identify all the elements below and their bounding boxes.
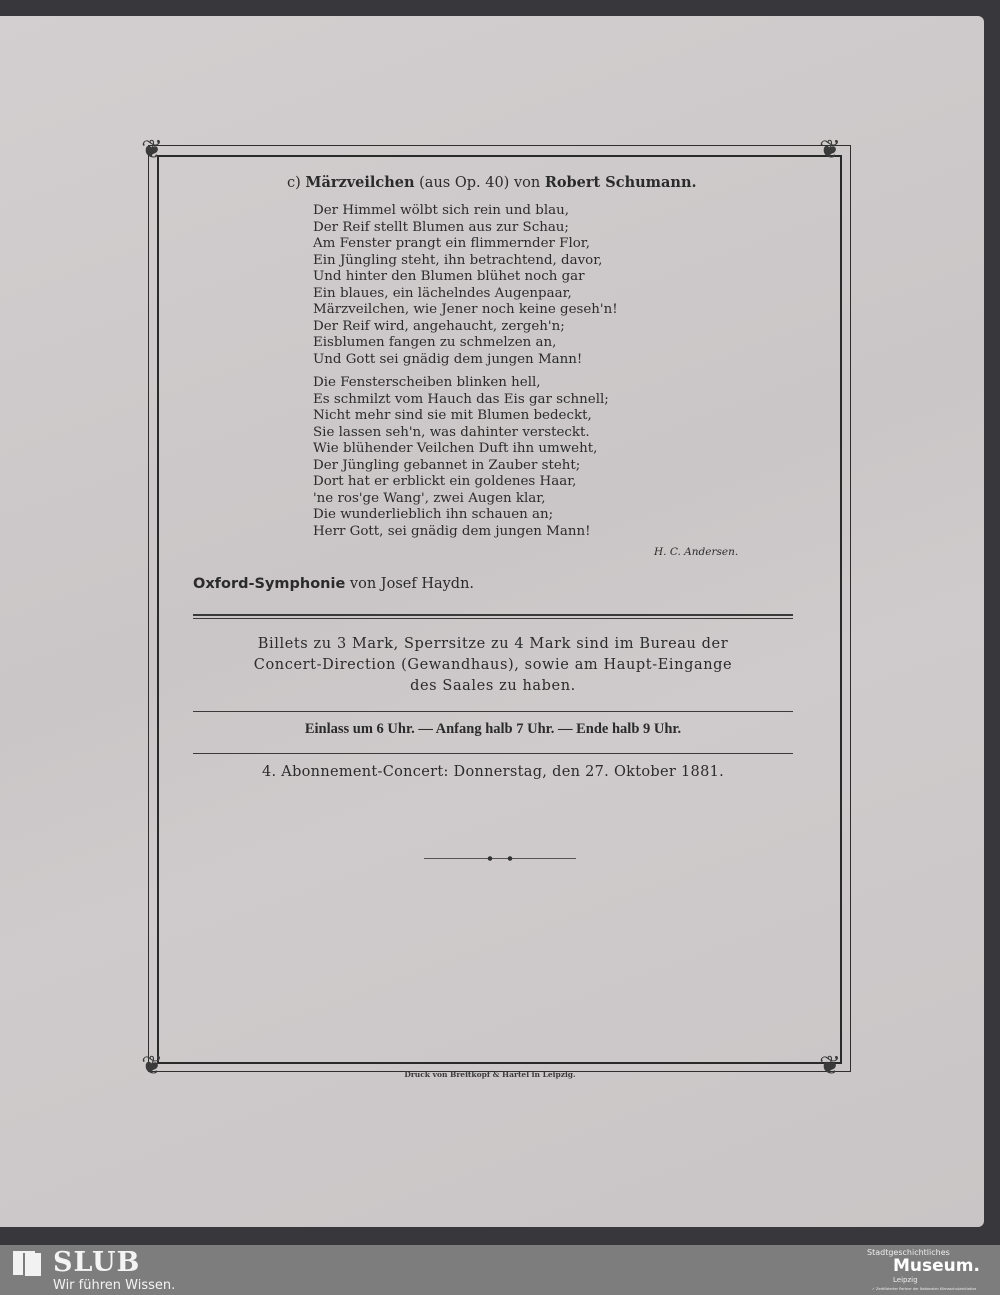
ornament-corner-icon: ❦ bbox=[814, 1050, 846, 1082]
poem-line: Nicht mehr sind sie mit Blumen bedeckt, bbox=[313, 408, 609, 425]
tickets-line: Concert-Direction (Gewandhaus), sowie am… bbox=[193, 655, 793, 676]
symphony-line: Oxford-Symphonie von Josef Haydn. bbox=[193, 576, 474, 592]
document-page: ❦ ❦ ❦ ❦ bbox=[0, 16, 984, 1227]
next-concert: 4. Abonnement-Concert: Donnerstag, den 2… bbox=[193, 764, 793, 780]
poem-line: Der Reif wird, angehaucht, zergeh'n; bbox=[313, 319, 618, 336]
tickets-line: Billets zu 3 Mark, Sperrsitze zu 4 Mark … bbox=[193, 634, 793, 655]
slub-brand[interactable]: SLUB bbox=[53, 1247, 140, 1278]
poem-stanza-1: Der Himmel wölbt sich rein und blau, Der… bbox=[313, 203, 618, 368]
tickets-info: Billets zu 3 Mark, Sperrsitze zu 4 Mark … bbox=[193, 634, 793, 697]
museum-city: Leipzig bbox=[893, 1276, 918, 1284]
poem-line: Der Reif stellt Blumen aus zur Schau; bbox=[313, 220, 618, 237]
ornament-corner-icon: ❦ bbox=[136, 1050, 168, 1082]
poem-line: Ein Jüngling steht, ihn betrachtend, dav… bbox=[313, 253, 618, 270]
symphony-title: Oxford-Symphonie bbox=[193, 576, 345, 592]
museum-brand[interactable]: Museum. bbox=[893, 1256, 980, 1276]
divider bbox=[193, 753, 793, 754]
poem-line: Wie blühender Veilchen Duft ihn umweht, bbox=[313, 441, 609, 458]
poem-line: Ein blaues, ein lächelndes Augenpaar, bbox=[313, 286, 618, 303]
poem-line: Die wunderlieblich ihn schauen an; bbox=[313, 507, 609, 524]
poem-line: Es schmilzt vom Hauch das Eis gar schnel… bbox=[313, 392, 609, 409]
footer-bar: SLUB Wir führen Wissen. Stadtgeschichtli… bbox=[0, 1245, 1000, 1295]
divider bbox=[193, 711, 793, 712]
poem-line: Der Jüngling gebannet in Zauber steht; bbox=[313, 458, 609, 475]
song-title: Märzveilchen bbox=[305, 174, 414, 191]
tickets-line: des Saales zu haben. bbox=[193, 676, 793, 697]
poem-line: 'ne ros'ge Wang', zwei Augen klar, bbox=[313, 491, 609, 508]
song-heading: c) Märzveilchen (aus Op. 40) von Robert … bbox=[287, 174, 697, 191]
poem-line: Die Fensterscheiben blinken hell, bbox=[313, 375, 609, 392]
poem-line: Der Himmel wölbt sich rein und blau, bbox=[313, 203, 618, 220]
song-label: c) bbox=[287, 175, 301, 191]
song-composer: Robert Schumann. bbox=[545, 174, 697, 191]
poem-line: Dort hat er erblickt ein goldenes Haar, bbox=[313, 474, 609, 491]
poem-line: Sie lassen seh'n, was dahinter versteckt… bbox=[313, 425, 609, 442]
symphony-composer: von Josef Haydn. bbox=[350, 576, 474, 592]
slub-tagline: Wir führen Wissen. bbox=[53, 1278, 175, 1293]
poem-stanza-2: Die Fensterscheiben blinken hell, Es sch… bbox=[313, 375, 609, 540]
ornament-divider-icon bbox=[424, 857, 576, 861]
poem-line: Und Gott sei gnädig dem jungen Mann! bbox=[313, 352, 618, 369]
poem-author: H. C. Andersen. bbox=[654, 546, 738, 558]
slub-book-icon[interactable] bbox=[13, 1251, 43, 1277]
concert-times: Einlass um 6 Uhr. — Anfang halb 7 Uhr. —… bbox=[193, 721, 793, 738]
poem-line: Herr Gott, sei gnädig dem jungen Mann! bbox=[313, 524, 609, 541]
poem-line: Am Fenster prangt ein flimmernder Flor, bbox=[313, 236, 618, 253]
museum-note: ✓ Zertifizierter Partner der Nationalen … bbox=[872, 1287, 976, 1291]
poem-line: Eisblumen fangen zu schmelzen an, bbox=[313, 335, 618, 352]
ornament-corner-icon: ❦ bbox=[814, 134, 846, 166]
poem-line: Und hinter den Blumen blühet noch gar bbox=[313, 269, 618, 286]
printer-credit: Druck von Breitkopf & Härtel in Leipzig. bbox=[340, 1070, 640, 1079]
song-opus: (aus Op. 40) bbox=[419, 175, 509, 191]
song-von: von bbox=[514, 175, 540, 191]
ornament-corner-icon: ❦ bbox=[136, 134, 168, 166]
double-divider bbox=[193, 614, 793, 619]
poem-line: Märzveilchen, wie Jener noch keine geseh… bbox=[313, 302, 618, 319]
